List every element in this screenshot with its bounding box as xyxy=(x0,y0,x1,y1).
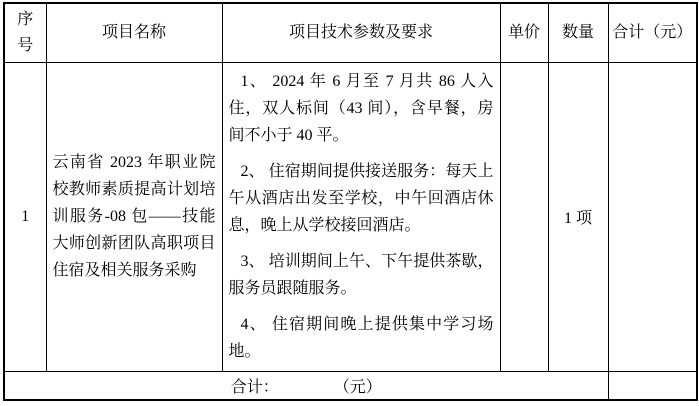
tech-requirement-item-1: 1、 2024 年 6 月至 7 月共 86 人入住，双人标间（43 间），含早… xyxy=(229,68,494,149)
table-header-row: 序号 项目名称 项目技术参数及要求 单价 数量 合计（元） xyxy=(4,3,697,62)
table-data-row: 1 云南省 2023 年职业院校教师素质提高计划培训服务-08 包——技能大师创… xyxy=(4,62,697,371)
procurement-table: 序号 项目名称 项目技术参数及要求 单价 数量 合计（元） 1 云南省 2023… xyxy=(3,2,698,401)
cell-unit-price xyxy=(500,62,548,371)
header-cell-project-name: 项目名称 xyxy=(46,3,222,62)
header-cell-tech-requirements: 项目技术参数及要求 xyxy=(222,3,500,62)
footer-total-line: 合计： （元） xyxy=(6,374,607,397)
cell-tech-requirements: 1、 2024 年 6 月至 7 月共 86 人入住，双人标间（43 间），含早… xyxy=(222,62,500,371)
cell-total xyxy=(608,62,697,371)
header-cell-quantity: 数量 xyxy=(548,3,608,62)
footer-total-label: 合计： xyxy=(231,374,279,397)
cell-footer-total-value xyxy=(608,371,697,400)
document-page: 序号 项目名称 项目技术参数及要求 单价 数量 合计（元） 1 云南省 2023… xyxy=(0,0,699,406)
cell-quantity: 1 项 xyxy=(548,62,608,371)
tech-requirement-item-3: 3、 培训期间上午、下午提供茶歇，服务员跟随服务。 xyxy=(229,248,494,302)
cell-row-index: 1 xyxy=(4,62,46,371)
cell-footer-total: 合计： （元） xyxy=(4,371,608,400)
tech-requirement-item-2: 2、 住宿期间提供接送服务：每天上午从酒店出发至学校，中午回酒店休息，晚上从学校… xyxy=(229,158,494,239)
header-cell-unit-price: 单价 xyxy=(500,3,548,62)
tech-requirement-item-4: 4、 住宿期间晚上提供集中学习场地。 xyxy=(229,311,494,365)
footer-total-unit: （元） xyxy=(334,374,382,397)
cell-project-name: 云南省 2023 年职业院校教师素质提高计划培训服务-08 包——技能大师创新团… xyxy=(46,62,222,371)
header-cell-index: 序号 xyxy=(4,3,46,62)
table-footer-row: 合计： （元） xyxy=(4,371,697,400)
header-cell-total-yuan: 合计（元） xyxy=(608,3,697,62)
